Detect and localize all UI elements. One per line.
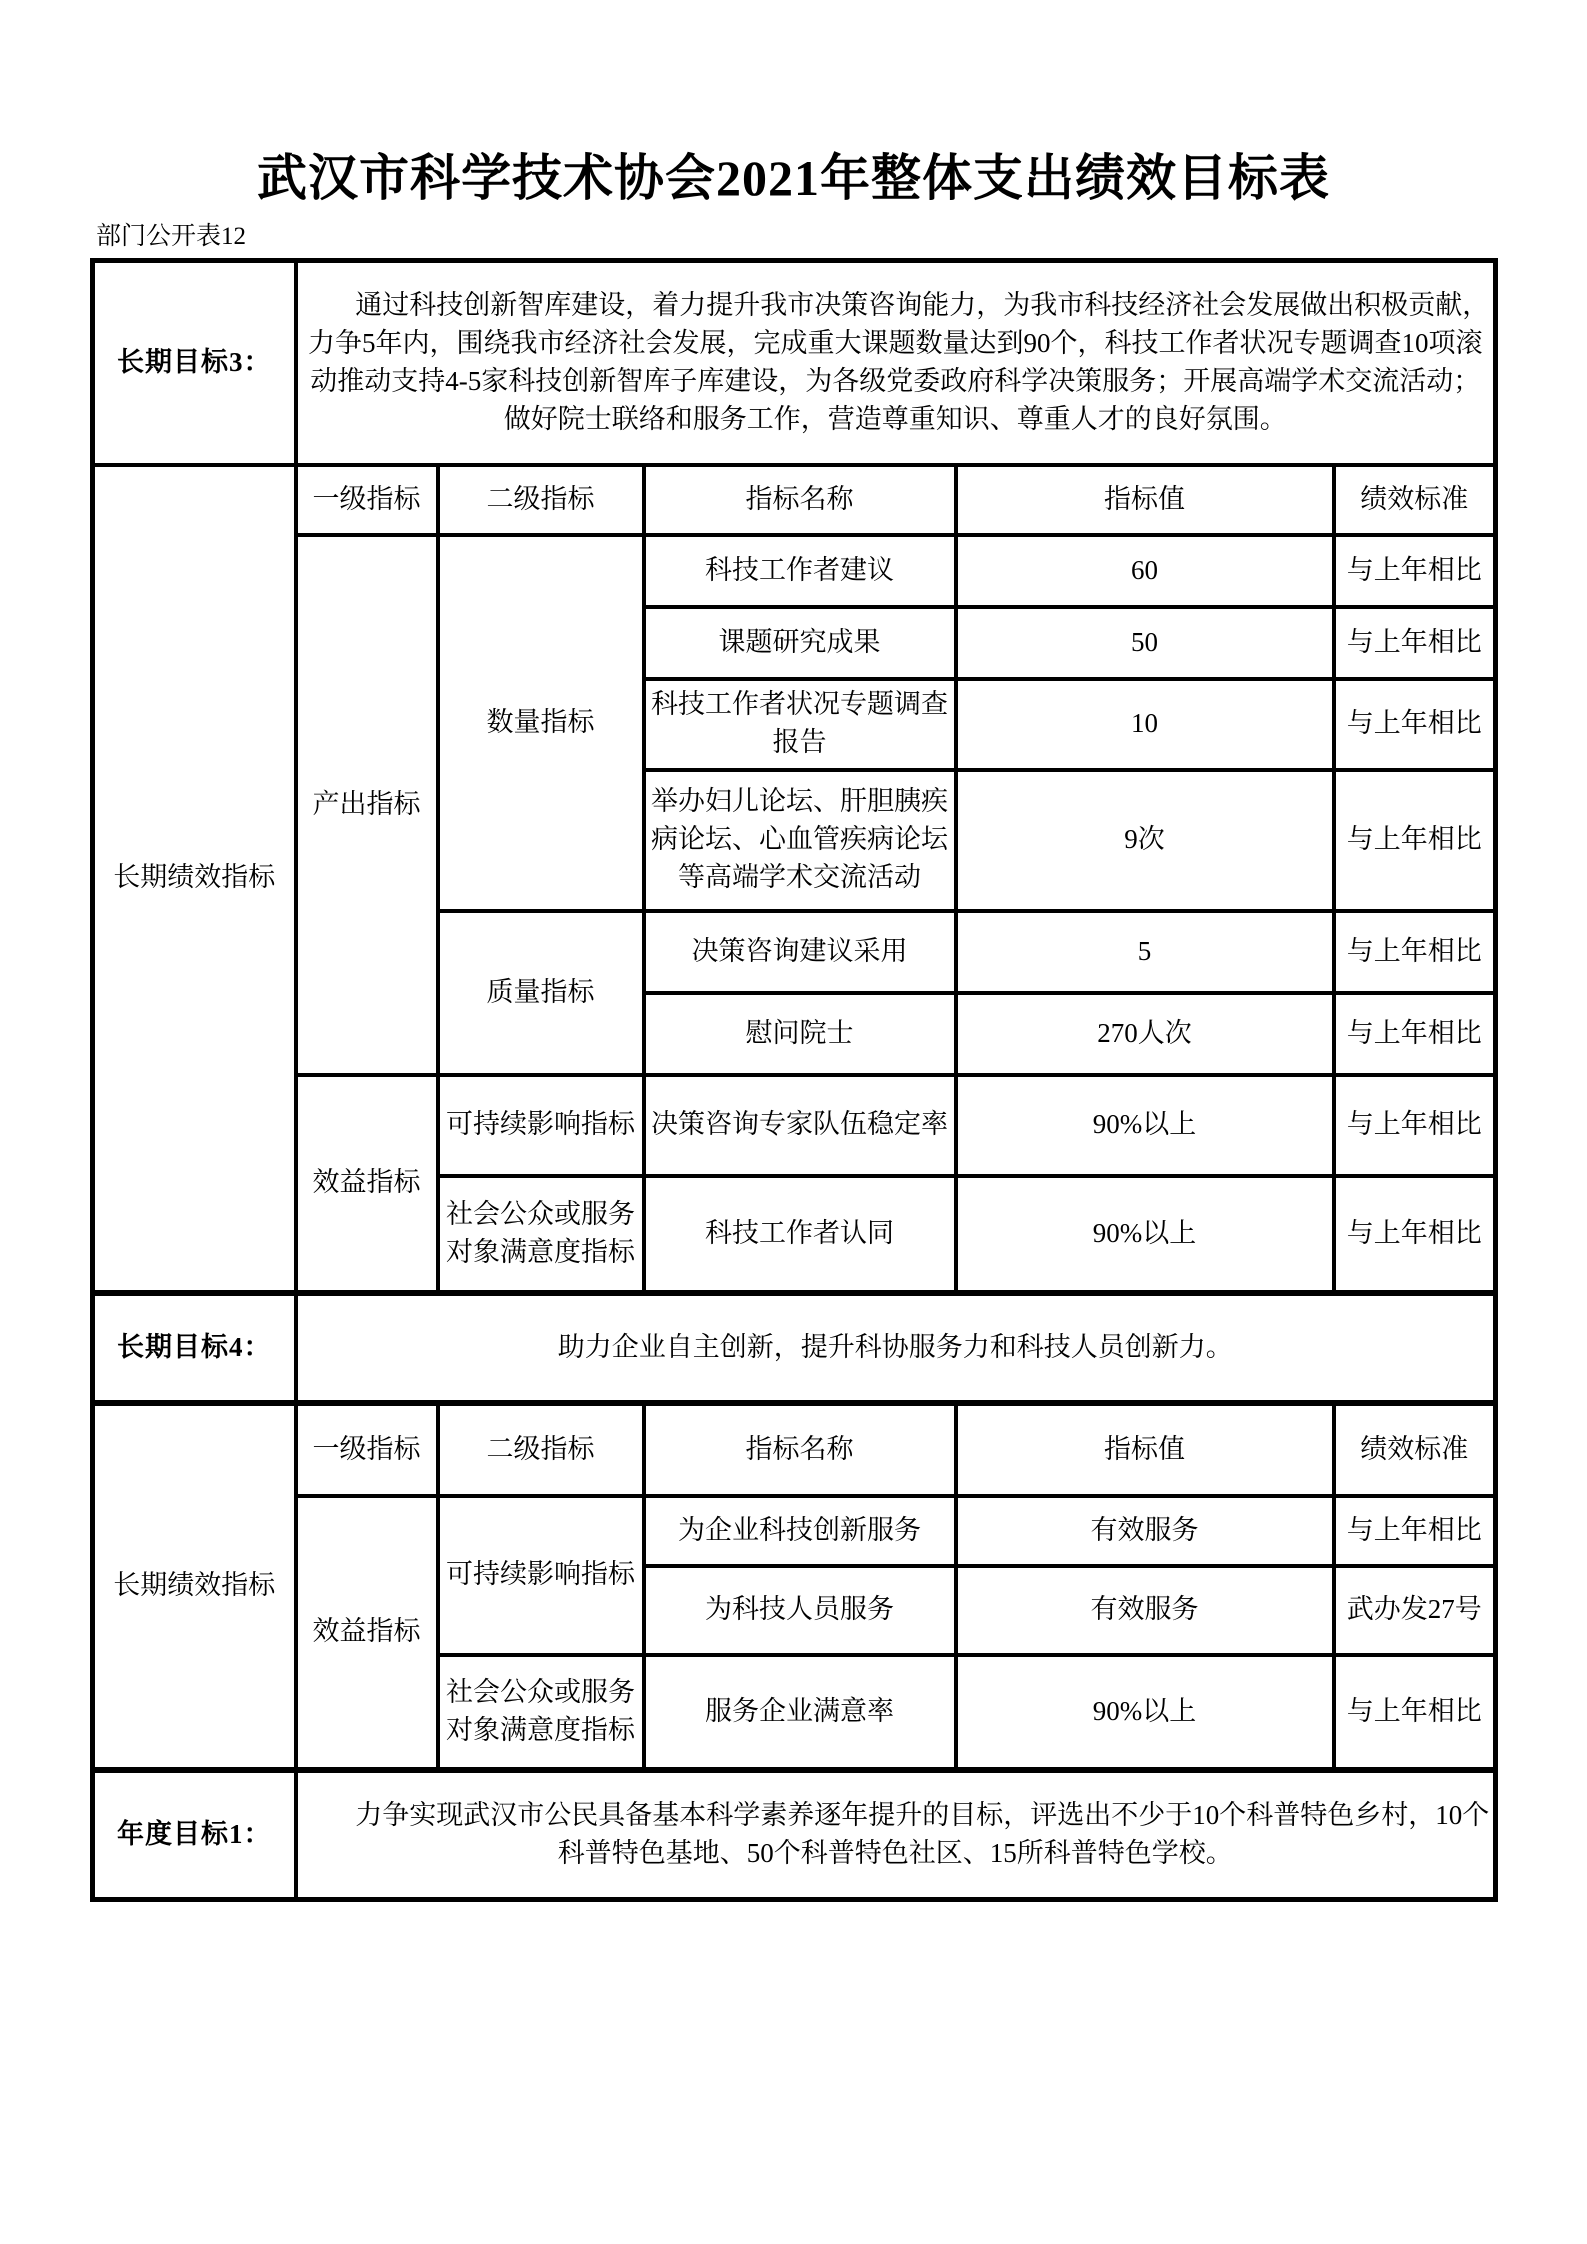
annual1-label-cell: 年度目标1： bbox=[93, 1770, 296, 1900]
table-row: 产出指标 数量指标 科技工作者建议 60 与上年相比 bbox=[93, 535, 1496, 607]
indicator-value-cell: 9次 bbox=[956, 770, 1334, 911]
indicator-standard-cell: 与上年相比 bbox=[1334, 1496, 1496, 1566]
goal4-label-cell: 长期目标4： bbox=[93, 1293, 296, 1403]
table2-header-value-cell: 指标值 bbox=[956, 1403, 1334, 1496]
indicator-name-cell: 举办妇儿论坛、肝胆胰疾病论坛、心血管疾病论坛等高端学术交流活动 bbox=[644, 770, 956, 911]
table-row: 效益指标 可持续影响指标 决策咨询专家队伍稳定率 90%以上 与上年相比 bbox=[93, 1075, 1496, 1176]
indicator-value-cell: 60 bbox=[956, 535, 1334, 607]
indicator-standard-cell: 与上年相比 bbox=[1334, 1176, 1496, 1293]
indicator-value-cell: 5 bbox=[956, 911, 1334, 993]
table1-level2-quality-cell: 质量指标 bbox=[438, 911, 644, 1075]
table2-level2-sustainable-cell: 可持续影响指标 bbox=[438, 1496, 644, 1655]
indicator-name-cell: 为企业科技创新服务 bbox=[644, 1496, 956, 1566]
table2-header-row: 长期绩效指标 一级指标 二级指标 指标名称 指标值 绩效标准 bbox=[93, 1403, 1496, 1496]
annual1-row: 年度目标1： 力争实现武汉市公民具备基本科学素养逐年提升的目标，评选出不少于10… bbox=[93, 1770, 1496, 1900]
goal4-text-cell: 助力企业自主创新，提升科协服务力和科技人员创新力。 bbox=[296, 1293, 1496, 1403]
indicator-name-cell: 慰问院士 bbox=[644, 993, 956, 1075]
indicator-standard-cell: 与上年相比 bbox=[1334, 1655, 1496, 1770]
indicator-value-cell: 10 bbox=[956, 679, 1334, 770]
indicator-value-cell: 90%以上 bbox=[956, 1176, 1334, 1293]
annual1-text-cell: 力争实现武汉市公民具备基本科学素养逐年提升的目标，评选出不少于10个科普特色乡村… bbox=[296, 1770, 1496, 1900]
table1-level2-sustainable-cell: 可持续影响指标 bbox=[438, 1075, 644, 1176]
indicator-name-cell: 科技工作者认同 bbox=[644, 1176, 956, 1293]
indicator-standard-cell: 与上年相比 bbox=[1334, 770, 1496, 911]
indicator-name-cell: 科技工作者状况专题调查报告 bbox=[644, 679, 956, 770]
indicator-standard-cell: 武办发27号 bbox=[1334, 1566, 1496, 1655]
indicator-standard-cell: 与上年相比 bbox=[1334, 535, 1496, 607]
indicator-value-cell: 有效服务 bbox=[956, 1566, 1334, 1655]
indicator-standard-cell: 与上年相比 bbox=[1334, 607, 1496, 679]
indicator-name-cell: 为科技人员服务 bbox=[644, 1566, 956, 1655]
document-page: 武汉市科学技术协会2021年整体支出绩效目标表 部门公开表12 长期目标3： 通… bbox=[0, 0, 1587, 2244]
table1-level1-benefit-cell: 效益指标 bbox=[296, 1075, 438, 1293]
indicator-name-cell: 决策咨询建议采用 bbox=[644, 911, 956, 993]
indicator-value-cell: 50 bbox=[956, 607, 1334, 679]
table2-level2-satisfaction-cell: 社会公众或服务对象满意度指标 bbox=[438, 1655, 644, 1770]
table2-header-name-cell: 指标名称 bbox=[644, 1403, 956, 1496]
goal3-row: 长期目标3： 通过科技创新智库建设，着力提升我市决策咨询能力，为我市科技经济社会… bbox=[93, 261, 1496, 465]
indicator-name-cell: 决策咨询专家队伍稳定率 bbox=[644, 1075, 956, 1176]
table1-header-standard-cell: 绩效标准 bbox=[1334, 465, 1496, 535]
table1-side-label-cell: 长期绩效指标 bbox=[93, 465, 296, 1293]
table2-side-label-cell: 长期绩效指标 bbox=[93, 1403, 296, 1770]
table1-level2-quantity-cell: 数量指标 bbox=[438, 535, 644, 911]
indicator-value-cell: 90%以上 bbox=[956, 1655, 1334, 1770]
performance-table: 长期目标3： 通过科技创新智库建设，着力提升我市决策咨询能力，为我市科技经济社会… bbox=[90, 258, 1498, 1902]
table1-header-level2-cell: 二级指标 bbox=[438, 465, 644, 535]
indicator-value-cell: 270人次 bbox=[956, 993, 1334, 1075]
table2-level1-benefit-cell: 效益指标 bbox=[296, 1496, 438, 1770]
indicator-name-cell: 服务企业满意率 bbox=[644, 1655, 956, 1770]
table2-header-level2-cell: 二级指标 bbox=[438, 1403, 644, 1496]
indicator-standard-cell: 与上年相比 bbox=[1334, 679, 1496, 770]
goal4-row: 长期目标4： 助力企业自主创新，提升科协服务力和科技人员创新力。 bbox=[93, 1293, 1496, 1403]
table1-level1-output-cell: 产出指标 bbox=[296, 535, 438, 1075]
table1-level2-satisfaction-cell: 社会公众或服务对象满意度指标 bbox=[438, 1176, 644, 1293]
page-title: 武汉市科学技术协会2021年整体支出绩效目标表 bbox=[0, 0, 1587, 208]
table1-header-level1-cell: 一级指标 bbox=[296, 465, 438, 535]
table1-header-row: 长期绩效指标 一级指标 二级指标 指标名称 指标值 绩效标准 bbox=[93, 465, 1496, 535]
indicator-standard-cell: 与上年相比 bbox=[1334, 911, 1496, 993]
table2-header-standard-cell: 绩效标准 bbox=[1334, 1403, 1496, 1496]
table1-header-name-cell: 指标名称 bbox=[644, 465, 956, 535]
goal3-text-cell: 通过科技创新智库建设，着力提升我市决策咨询能力，为我市科技经济社会发展做出积极贡… bbox=[296, 261, 1496, 465]
indicator-standard-cell: 与上年相比 bbox=[1334, 1075, 1496, 1176]
indicator-value-cell: 90%以上 bbox=[956, 1075, 1334, 1176]
table1-header-value-cell: 指标值 bbox=[956, 465, 1334, 535]
indicator-value-cell: 有效服务 bbox=[956, 1496, 1334, 1566]
table2-header-level1-cell: 一级指标 bbox=[296, 1403, 438, 1496]
indicator-name-cell: 科技工作者建议 bbox=[644, 535, 956, 607]
table-label: 部门公开表12 bbox=[96, 222, 1587, 252]
table-row: 效益指标 可持续影响指标 为企业科技创新服务 有效服务 与上年相比 bbox=[93, 1496, 1496, 1566]
indicator-name-cell: 课题研究成果 bbox=[644, 607, 956, 679]
indicator-standard-cell: 与上年相比 bbox=[1334, 993, 1496, 1075]
goal3-label-cell: 长期目标3： bbox=[93, 261, 296, 465]
